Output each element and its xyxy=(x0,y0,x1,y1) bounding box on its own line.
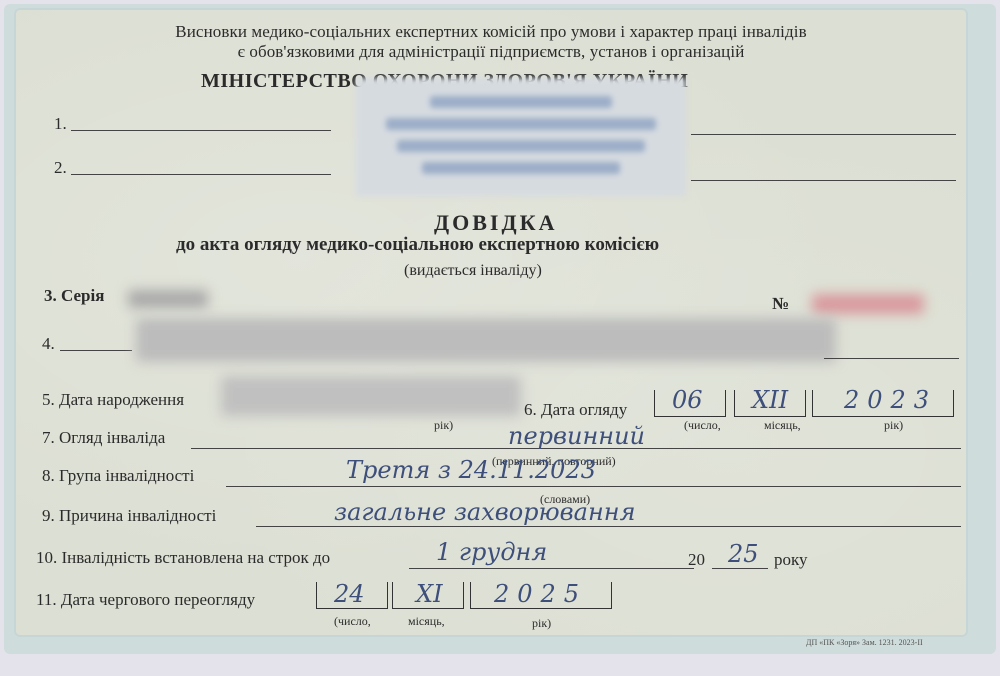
field-1-line xyxy=(71,130,331,131)
name-label: 4. xyxy=(42,334,55,354)
birth-date-redacted xyxy=(221,376,521,416)
birth-date-hint-year: рік) xyxy=(434,418,453,433)
valid-until-year-word: року xyxy=(774,550,808,570)
next-review-label: 11. Дата чергового переогляду xyxy=(36,590,255,610)
redacted-stamp xyxy=(356,78,686,196)
name-value-redacted xyxy=(136,318,836,362)
valid-until-year-line xyxy=(712,568,768,569)
cause-label: 9. Причина інвалідності xyxy=(42,506,216,526)
exam-date-month: XII xyxy=(752,386,788,414)
header-line-1: Висновки медико-соціальних експертних ко… xyxy=(16,22,966,42)
printer-footer: ДП «ПК «Зоря» Зам. 1231. 2023-II xyxy=(806,638,923,647)
next-review-hint-year: рік) xyxy=(532,616,551,631)
number-label: № xyxy=(772,294,789,314)
field-1-label: 1. xyxy=(54,114,67,134)
next-review-month: XI xyxy=(416,580,443,608)
field-2-line-right xyxy=(691,180,956,181)
next-review-hint-month: місяць, xyxy=(408,614,445,629)
birth-date-label: 5. Дата народження xyxy=(42,390,184,410)
cause-line xyxy=(256,526,961,527)
name-line-right xyxy=(824,358,959,359)
valid-until-line xyxy=(409,568,694,569)
next-review-year: 2025 xyxy=(494,580,587,608)
valid-until-year-prefix: 20 xyxy=(688,550,705,570)
header-line-2: є обов'язковими для адміністрації підпри… xyxy=(16,42,966,62)
exam-date-hint-month: місяць, xyxy=(764,418,801,433)
group-value: Третя з 24.11.2023 xyxy=(346,456,596,484)
valid-until-label: 10. Інвалідність встановлена на строк до xyxy=(36,548,330,568)
field-1-line-right xyxy=(691,134,956,135)
series-value-redacted xyxy=(128,290,208,308)
cause-value: загальне захворювання xyxy=(334,498,635,526)
exam-date-hint-year: рік) xyxy=(884,418,903,433)
exam-date-label: 6. Дата огляду xyxy=(524,400,627,420)
series-label: 3. Серія xyxy=(44,286,104,306)
exam-type-label: 7. Огляд інваліда xyxy=(42,428,165,448)
group-label: 8. Група інвалідності xyxy=(42,466,194,486)
next-review-day: 24 xyxy=(334,580,365,608)
issued-to-note: (видається інваліду) xyxy=(404,262,542,280)
valid-until-year-suffix: 25 xyxy=(728,540,759,568)
exam-date-hint-day: (число, xyxy=(684,418,721,433)
group-line xyxy=(226,486,961,487)
certificate-page: Висновки медико-соціальних експертних ко… xyxy=(14,8,968,637)
exam-type-value: первинний xyxy=(508,422,645,450)
valid-until-value: 1 грудня xyxy=(436,538,547,566)
exam-date-day: 06 xyxy=(672,386,703,414)
document-subtitle: до акта огляду медико-соціальною експерт… xyxy=(176,234,659,256)
name-line xyxy=(60,350,132,351)
exam-date-year: 2023 xyxy=(844,386,937,414)
field-2-label: 2. xyxy=(54,158,67,178)
next-review-hint-day: (число, xyxy=(334,614,371,629)
document-title: ДОВІДКА xyxy=(434,210,557,236)
number-value-redacted xyxy=(812,294,924,314)
field-2-line xyxy=(71,174,331,175)
